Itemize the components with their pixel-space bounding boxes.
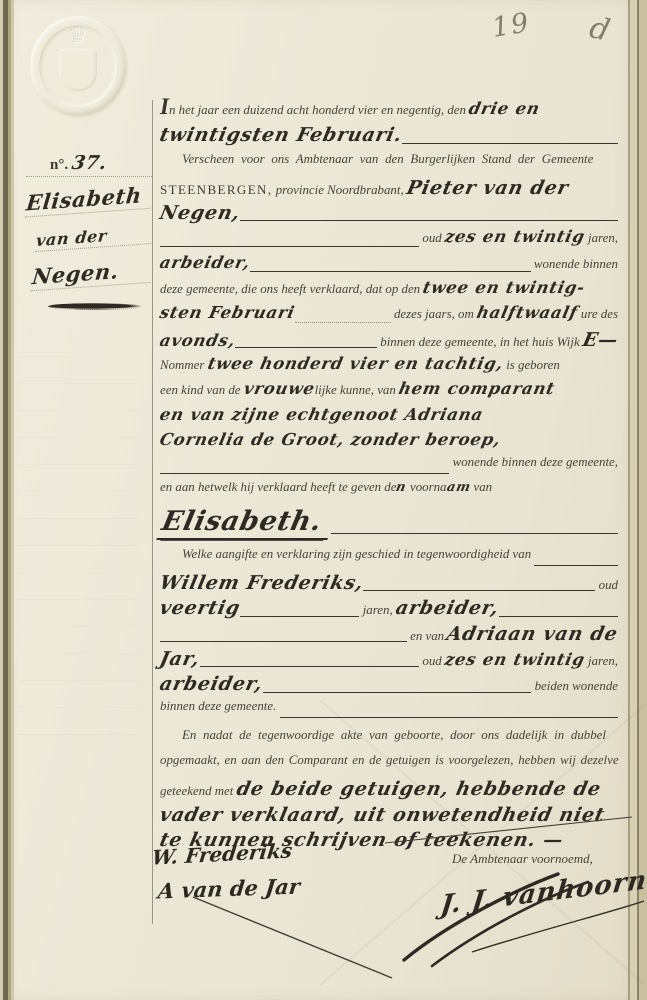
printed-text: Welke aangifte en verklaring zijn geschi… xyxy=(182,547,534,562)
handwritten-text: zes en twintig xyxy=(443,650,587,669)
printed-text: Verscheen voor ons Ambtenaar van den Bur… xyxy=(182,152,593,167)
printed-text: Nommer xyxy=(160,358,208,373)
margin-name-prefix: van der xyxy=(35,223,153,252)
printed-smallcaps: STEENBERGEN, xyxy=(160,182,273,198)
handwritten-text: vrouwe xyxy=(242,379,317,398)
handwritten-text: sten Februari xyxy=(158,303,297,322)
document-line: oud zes en twintig jaren, xyxy=(160,227,618,252)
printed-text: oud xyxy=(595,578,618,593)
printed-text: en van xyxy=(407,629,447,644)
document-line: en van Adriaan van de xyxy=(160,623,618,648)
handwritten-text: Negen, xyxy=(158,202,243,224)
book-edge-right xyxy=(628,0,647,1000)
handwritten-text: arbeider, xyxy=(158,673,265,695)
handwritten-text: avonds, xyxy=(158,331,237,350)
printed-text: is geboren xyxy=(503,358,560,373)
handwritten-insert: am xyxy=(445,480,472,495)
document-line: Verscheen voor ons Ambtenaar van den Bur… xyxy=(160,152,618,177)
document-line: deze gemeente, die ons heeft verklaard, … xyxy=(160,278,618,303)
printed-text: provincie Noordbrabant, xyxy=(273,183,407,198)
ink-bleed-through xyxy=(18,330,138,750)
handwritten-text: arbeider, xyxy=(394,597,501,619)
handwritten-text: veertig xyxy=(158,597,243,619)
document-line: Cornelia de Groot, zonder beroep, xyxy=(160,430,618,455)
document-line: avonds, binnen deze gemeente, in het hui… xyxy=(160,329,618,354)
ruled-line xyxy=(160,246,419,247)
handwritten-text: E— xyxy=(581,329,621,351)
margin-annotation: n°. 37. Elisabeth van der Negen. xyxy=(26,152,152,310)
page-number: 19 xyxy=(490,7,533,44)
document-line: En nadat de tegenwoordige akte van geboo… xyxy=(160,728,618,753)
document-line: een kind van de vrouwelijke kunne, van h… xyxy=(160,379,618,404)
pencil-corner-mark: d xyxy=(586,10,613,49)
handwritten-text: twee en twintig- xyxy=(421,278,587,297)
ruled-line xyxy=(280,717,618,718)
printed-text: wonende binnen xyxy=(531,257,618,272)
document-line: arbeider, wonende binnen xyxy=(160,253,618,278)
ruled-line xyxy=(160,473,449,474)
coat-of-arms-shield xyxy=(59,49,97,91)
official-signature: J. J. vanhoorn xyxy=(439,865,647,921)
document-line: Welke aangifte en verklaring zijn geschi… xyxy=(160,547,618,572)
document-body: In het jaar een duizend acht honderd vie… xyxy=(160,99,618,854)
printed-text: deze gemeente, die ons heeft verklaard, … xyxy=(160,282,423,297)
printed-text: jaren, xyxy=(359,603,395,618)
handwritten-text: zes en twintig xyxy=(443,227,587,246)
handwritten-text: Jar, xyxy=(158,648,202,670)
act-number-label: n°. xyxy=(50,157,68,173)
handwritten-text: de beide getuigen, hebbende de xyxy=(234,778,603,800)
document-line: In het jaar een duizend acht honderd vie… xyxy=(160,99,618,124)
ruled-line xyxy=(534,565,618,566)
document-line: arbeider, beiden wonende xyxy=(160,673,618,698)
document-line: geteekend met de beide getuigen, hebbend… xyxy=(160,778,618,803)
document-line: Jar, oud zes en twintig jaren, xyxy=(160,648,618,673)
document-line: Willem Frederiks, oud xyxy=(160,572,618,597)
ruled-line xyxy=(402,143,618,144)
margin-family-name: Negen. xyxy=(31,256,154,292)
crown-icon: ♛ xyxy=(68,22,88,48)
official-title-label: De Ambtenaar voornoemd, xyxy=(452,851,593,867)
witness2-signature: A van de Jar xyxy=(157,873,302,903)
handwritten-text: hem comparant xyxy=(397,379,557,398)
printed-text: En nadat de tegenwoordige akte van geboo… xyxy=(182,728,606,743)
printed-text: een kind van de xyxy=(160,383,244,398)
printed-text: ure des xyxy=(578,307,618,322)
handwritten-text: en van zijne echtgenoot Adriana xyxy=(158,405,485,424)
blind-embossed-seal: ♛ xyxy=(30,16,126,116)
handwritten-text: arbeider, xyxy=(158,253,252,272)
document-line: veertig jaren, arbeider, xyxy=(160,597,618,622)
handwritten-text: Pieter van der xyxy=(405,177,571,199)
printed-text: geteekend met xyxy=(160,784,237,799)
printed-text: jaren, xyxy=(585,231,618,246)
printed-text: binnen deze gemeente, in het huis Wijk xyxy=(377,335,583,350)
margin-underline-flourish xyxy=(48,303,142,310)
document-line: en aan hetwelk hij verklaard heeft te ge… xyxy=(160,480,618,505)
margin-child-first-name: Elisabeth xyxy=(25,181,154,217)
handwritten-text: drie en xyxy=(467,99,542,118)
printed-text: oud xyxy=(419,654,445,669)
dotted-guide xyxy=(295,322,391,323)
document-line: en van zijne echtgenoot Adriana xyxy=(160,405,618,430)
ruled-line xyxy=(499,616,618,617)
ruled-line xyxy=(235,347,377,348)
ruled-line xyxy=(331,533,618,534)
printed-text: wonende binnen deze gemeente, xyxy=(449,455,618,470)
document-line: wonende binnen deze gemeente, xyxy=(160,455,618,480)
printed-text: beiden wonende xyxy=(531,679,618,694)
document-line: opgemaakt, en aan den Comparant en de ge… xyxy=(160,753,618,778)
printed-text: lijke kunne, van xyxy=(315,383,399,398)
ruled-line xyxy=(240,616,359,617)
document-line: Nommer twee honderd vier en tachtig, is … xyxy=(160,354,618,379)
handwritten-text: Adriaan van de xyxy=(445,623,620,645)
ruled-line xyxy=(250,271,530,272)
ruled-line xyxy=(200,666,419,667)
handwritten-text: Willem Frederiks, xyxy=(158,572,366,594)
act-number-value: 37. xyxy=(70,152,109,174)
act-number-row: n°. 37. xyxy=(26,152,152,177)
scanned-birth-record-page: ♛ 19 d n°. 37. Elisabeth van der Negen. … xyxy=(0,0,647,1000)
document-line: sten Februari dezes jaars, om halftwaalf… xyxy=(160,303,618,328)
printed-text: en aan hetwelk hij verklaard heeft te ge… xyxy=(160,480,396,495)
handwritten-name: Elisabeth. xyxy=(156,506,335,540)
document-line: STEENBERGEN, provincie Noordbrabant, Pie… xyxy=(160,177,618,202)
handwritten-text: twee honderd vier en tachtig, xyxy=(206,354,505,373)
document-line: twintigsten Februari. xyxy=(160,124,618,149)
printed-text: jaren, xyxy=(585,654,618,669)
handwritten-text: halftwaalf xyxy=(475,303,580,322)
document-line: Negen, xyxy=(160,202,618,227)
printed-text: n het jaar een duizend acht honderd vier… xyxy=(169,103,469,118)
ruled-line xyxy=(363,590,595,591)
handwritten-text: vader verklaard, uit onwetendheid niet xyxy=(158,804,607,826)
printed-text: van xyxy=(470,480,492,495)
printed-text: binnen deze gemeente. xyxy=(160,699,280,714)
ruled-line xyxy=(160,641,407,642)
document-line: binnen deze gemeente. xyxy=(160,699,618,724)
document-line: vader verklaard, uit onwetendheid niet xyxy=(160,804,618,829)
printed-text: voorna xyxy=(407,480,447,495)
printed-text: dezes jaars, om xyxy=(391,307,477,322)
printed-text: oud xyxy=(419,231,445,246)
pen-flourish xyxy=(193,897,392,978)
handwritten-text: twintigsten Februari. xyxy=(158,124,405,146)
book-edge-left xyxy=(0,0,14,1000)
document-line: Elisabeth. xyxy=(160,506,618,540)
printed-text: opgemaakt, en aan den Comparant en de ge… xyxy=(160,753,619,768)
ruled-line xyxy=(240,220,618,221)
ruled-line xyxy=(263,692,532,693)
handwritten-text: Cornelia de Groot, zonder beroep, xyxy=(158,430,503,449)
